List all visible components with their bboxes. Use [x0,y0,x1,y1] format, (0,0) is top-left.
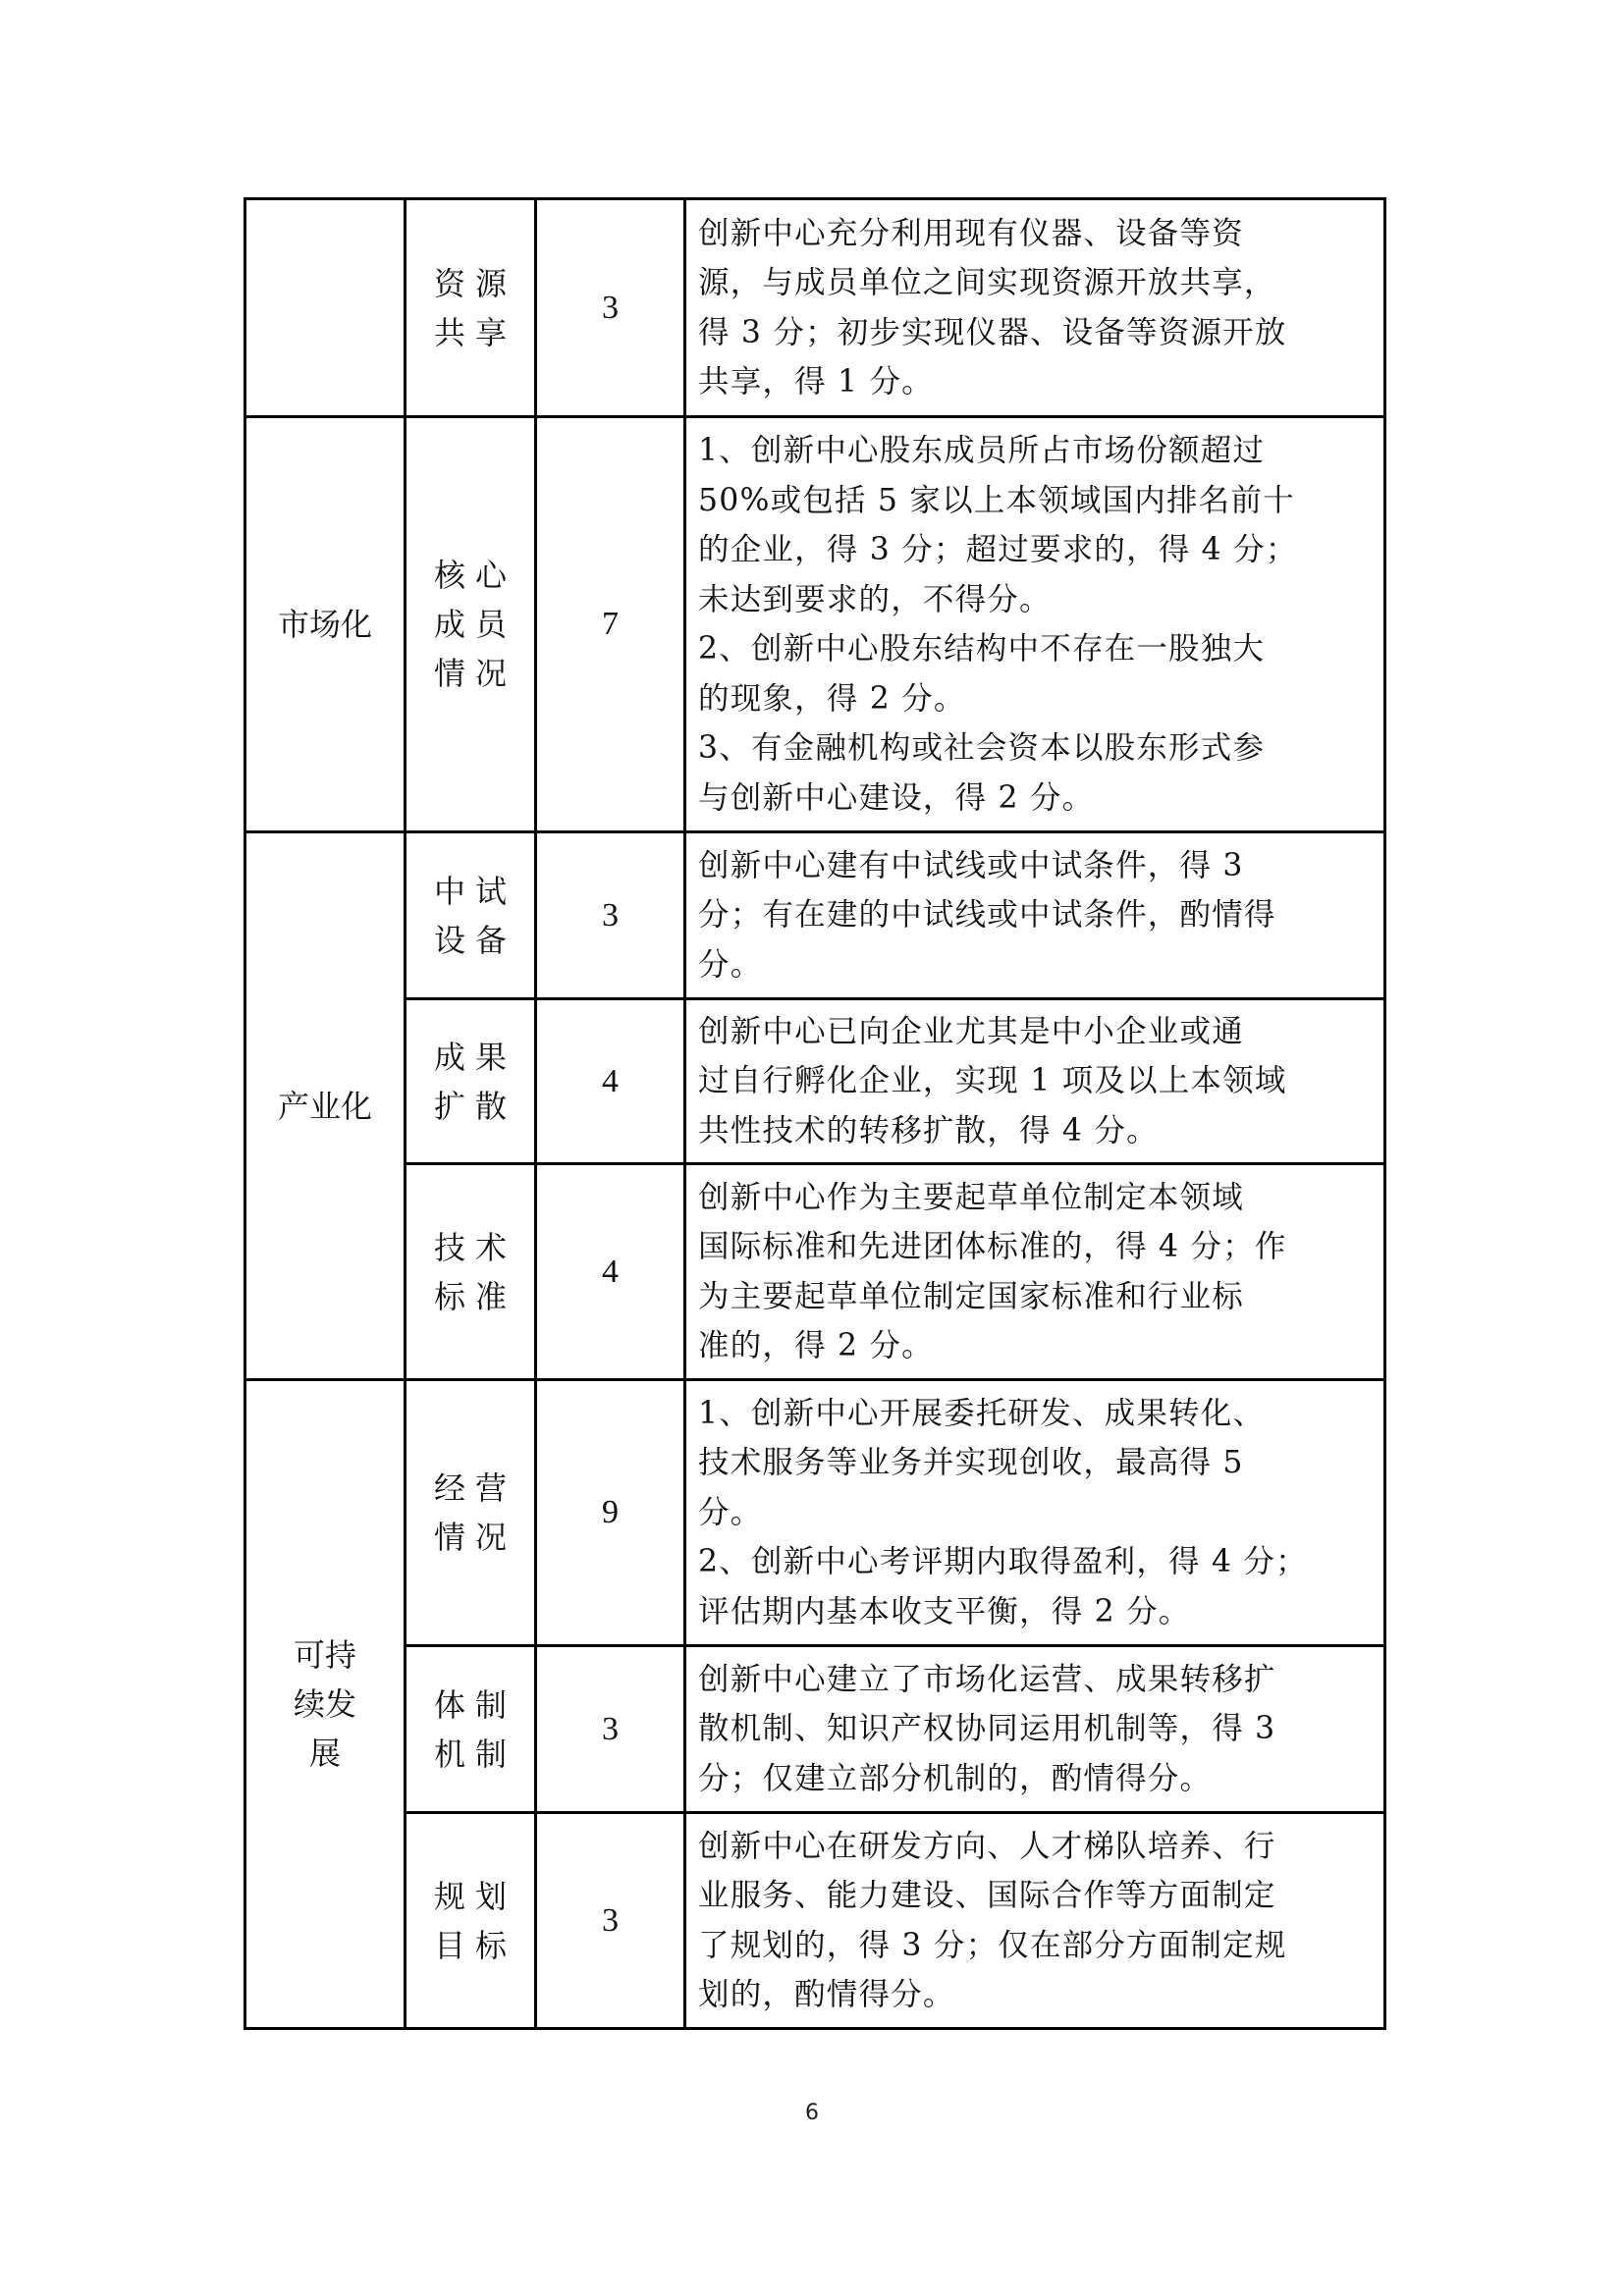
evaluation-criteria-table: 资源共享 3 创新中心充分利用现有仪器、设备等资 源，与成员单位之间实现资源开放… [244,197,1386,2030]
item-cell: 资源共享 [406,199,536,417]
item-cell: 成果扩散 [406,999,536,1164]
category-label: 市场化 [278,606,372,643]
table-row: 可持续发展 经营情况 9 1、创新中心开展委托研发、成果转化、 技术服务等业务并… [245,1380,1385,1646]
table-row: 规划目标 3 创新中心在研发方向、人才梯队培养、行 业服务、能力建设、国际合作等… [245,1813,1385,2029]
description-cell: 创新中心建有中试线或中试条件，得 3 分；有在建的中试线或中试条件，酌情得 分。 [685,832,1385,999]
description-cell: 创新中心已向企业尤其是中小企业或通 过自行孵化企业，实现 1 项及以上本领域 共… [685,999,1385,1164]
category-cell: 市场化 [245,417,406,832]
description-cell: 创新中心在研发方向、人才梯队培养、行 业服务、能力建设、国际合作等方面制定 了规… [685,1813,1385,2029]
item-cell: 核心成员情况 [406,417,536,832]
score-cell: 9 [536,1380,685,1646]
item-label: 成果扩散 [434,1033,507,1131]
description-cell: 创新中心建立了市场化运营、成果转移扩 散机制、知识产权协同运用机制等，得 3 分… [685,1646,1385,1813]
item-label: 核心成员情况 [434,551,507,698]
item-label: 资源共享 [434,259,507,357]
category-label: 产业化 [278,1088,372,1125]
item-cell: 规划目标 [406,1813,536,2029]
category-cell: 可持续发展 [245,1380,406,2029]
score-cell: 3 [536,199,685,417]
item-cell: 技术标准 [406,1164,536,1380]
description-cell: 1、创新中心开展委托研发、成果转化、 技术服务等业务并实现创收，最高得 5 分。… [685,1380,1385,1646]
table-row: 市场化 核心成员情况 7 1、创新中心股东成员所占市场份额超过 50%或包括 5… [245,417,1385,832]
item-label: 中试设备 [434,867,507,965]
category-cell [245,199,406,417]
page-number: 6 [0,2101,1624,2125]
item-label: 经营情况 [434,1464,507,1562]
category-cell: 产业化 [245,832,406,1380]
description-cell: 创新中心作为主要起草单位制定本领域 国际标准和先进团体标准的，得 4 分；作 为… [685,1164,1385,1380]
category-label: 可持续发展 [288,1630,362,1778]
score-cell: 7 [536,417,685,832]
table-row: 技术标准 4 创新中心作为主要起草单位制定本领域 国际标准和先进团体标准的，得 … [245,1164,1385,1380]
item-cell: 体制机制 [406,1646,536,1813]
description-cell: 创新中心充分利用现有仪器、设备等资 源，与成员单位之间实现资源开放共享， 得 3… [685,199,1385,417]
item-label: 规划目标 [434,1872,507,1970]
item-cell: 中试设备 [406,832,536,999]
item-label: 体制机制 [434,1681,507,1779]
item-label: 技术标准 [434,1223,507,1321]
table-row: 成果扩散 4 创新中心已向企业尤其是中小企业或通 过自行孵化企业，实现 1 项及… [245,999,1385,1164]
score-cell: 3 [536,1646,685,1813]
table-row: 产业化 中试设备 3 创新中心建有中试线或中试条件，得 3 分；有在建的中试线或… [245,832,1385,999]
score-cell: 4 [536,1164,685,1380]
score-cell: 3 [536,832,685,999]
score-cell: 3 [536,1813,685,2029]
description-cell: 1、创新中心股东成员所占市场份额超过 50%或包括 5 家以上本领域国内排名前十… [685,417,1385,832]
table-row: 体制机制 3 创新中心建立了市场化运营、成果转移扩 散机制、知识产权协同运用机制… [245,1646,1385,1813]
table-row: 资源共享 3 创新中心充分利用现有仪器、设备等资 源，与成员单位之间实现资源开放… [245,199,1385,417]
item-cell: 经营情况 [406,1380,536,1646]
score-cell: 4 [536,999,685,1164]
